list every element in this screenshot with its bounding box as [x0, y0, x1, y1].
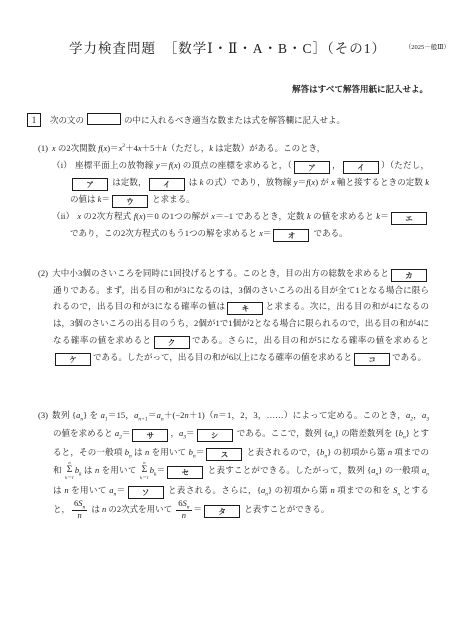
answer-box-ウ: ウ [112, 195, 148, 208]
part-1-intro: (1)x の2次関数 f(x)＝x2＋4x＋5＋k（ただし，k は定数）がある。… [38, 140, 429, 157]
subitem-ii-text: x の2次方程式 f(x)＝0 の1つの解が x＝−1 であるとき，定数 k の… [70, 211, 429, 238]
answer-box-イ: イ [343, 161, 379, 174]
part-1-intro-text: x の2次関数 f(x)＝x2＋4x＋5＋k（ただし，k は定数）がある。このと… [52, 143, 325, 153]
fraction: 6Snn [72, 499, 87, 521]
question-statement: 次の文のの中に入れるべき適当な数または式を解答欄に記入せよ。 [50, 113, 345, 127]
answer-box-オ: オ [273, 229, 309, 242]
part-2-paragraph: (2)大中小3個のさいころを同時に1回投げるとする。このとき，目の出方の総数を求… [38, 265, 429, 366]
part-2: (2)大中小3個のさいころを同時に1回投げるとする。このとき，目の出方の総数を求… [38, 265, 429, 366]
edition-note: （2025－般Ⅲ） [405, 42, 450, 51]
fraction: 6Snn [176, 499, 191, 521]
answer-box-ア: ア [294, 161, 330, 174]
part-2-label: (2) [38, 268, 48, 278]
part-1: (1)x の2次関数 f(x)＝x2＋4x＋5＋k（ただし，k は定数）がある。… [38, 140, 429, 242]
part-3-paragraph: (3)数列 {an} を a1＝15，an+1＝an＋(−2n＋1)（n＝1，2… [38, 406, 429, 521]
subitem-ii-label: （ii） [52, 211, 74, 221]
page-title: 学力検査問題 ［数学Ⅰ・Ⅱ・A・B・C］（その1） [69, 37, 386, 57]
question-number-box: 1 [27, 113, 41, 127]
part-3: (3)数列 {an} を a1＝15，an+1＝an＋(−2n＋1)（n＝1，2… [38, 406, 429, 521]
blank-box [87, 113, 121, 125]
answer-box-ケ: ケ [55, 353, 91, 366]
exam-page: 学力検査問題 ［数学Ⅰ・Ⅱ・A・B・C］（その1） （2025－般Ⅲ） 解答はす… [0, 0, 455, 640]
answer-box-キ: キ [227, 302, 263, 315]
sigma-notation: nΣk＝1 [140, 461, 149, 480]
answer-box-カ: カ [391, 269, 427, 282]
answer-box-コ: コ [354, 353, 390, 366]
sigma-notation: nΣk＝1 [65, 461, 74, 480]
part-3-label: (3) [38, 410, 48, 420]
answer-box-セ: セ [167, 466, 203, 479]
answer-box-ク: ク [154, 336, 190, 349]
part-1-label: (1) [38, 143, 48, 153]
subitem-i-label: （i） [52, 160, 72, 170]
header: 学力検査問題 ［数学Ⅰ・Ⅱ・A・B・C］（その1） （2025－般Ⅲ） [0, 0, 455, 58]
answer-box-ア: ア [72, 178, 108, 191]
answer-box-シ: シ [197, 429, 233, 442]
answer-box-タ: タ [204, 505, 240, 518]
answer-box-エ: エ [391, 212, 427, 225]
answer-box-サ: サ [132, 429, 168, 442]
part-1-subitem-ii: （ii）x の2次方程式 f(x)＝0 の1つの解が x＝−1 であるとき，定数… [38, 208, 429, 242]
answer-box-ス: ス [206, 448, 242, 461]
answer-box-イ: イ [149, 178, 185, 191]
part-3-text: 数列 {an} を a1＝15，an+1＝an＋(−2n＋1)（n＝1，2，3，… [52, 410, 429, 514]
answer-box-ソ: ソ [128, 486, 164, 499]
answer-instruction: 解答はすべて解答用紙に記入せよ。 [0, 83, 455, 95]
part-1-subitem-i: （i）座標平面上の放物線 y＝f(x) の頂点の座標を求めると，（ア，イ）（ただ… [38, 157, 429, 208]
part-2-text: 大中小3個のさいころを同時に1回投げるとする。このとき，目の出方の総数を求めると… [52, 268, 429, 362]
subitem-i-text: 座標平面上の放物線 y＝f(x) の頂点の座標を求めると，（ア，イ）（ただし，ア… [70, 160, 429, 204]
question-1-header: 1 次の文のの中に入れるべき適当な数または式を解答欄に記入せよ。 [27, 113, 428, 127]
